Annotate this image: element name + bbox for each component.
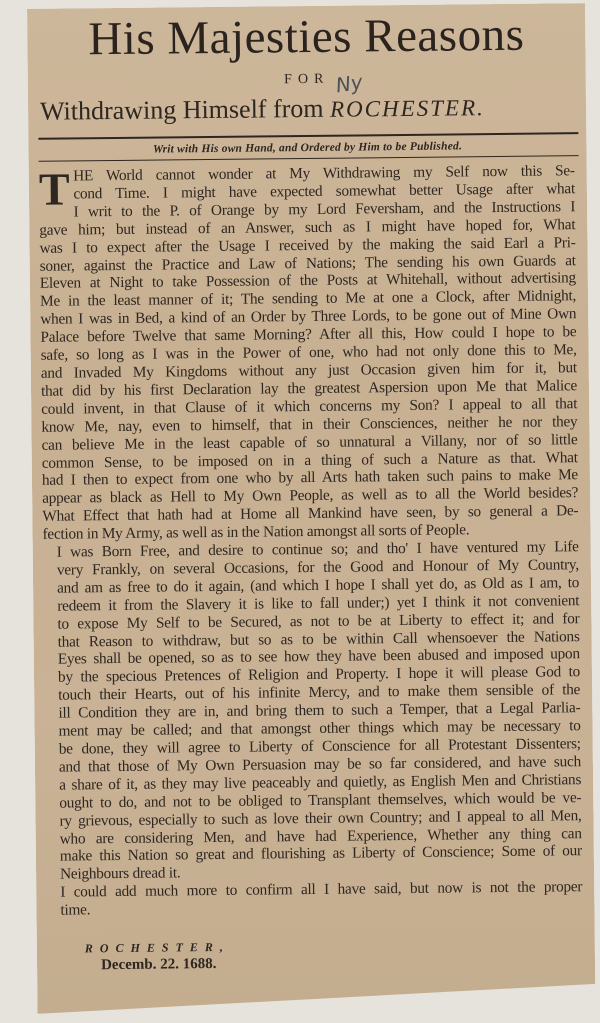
signoff: ROCHESTER, Decemb. 22. 1688. — [37, 936, 595, 975]
subtitle-place: ROCHESTER. — [330, 95, 485, 122]
broadside-page: His Majesties Reasons FOR Ny Withdrawing… — [27, 3, 595, 1014]
handwritten-annotation: Ny — [334, 70, 364, 98]
paragraph-1: T HE World cannot wonder at My Withdrawi… — [39, 162, 579, 544]
paragraph-2-lines: I was Born Free, and desire to continue … — [43, 538, 583, 884]
document-title: His Majesties Reasons — [27, 9, 585, 65]
paragraph-1-lines: HE World cannot wonder at My Withdrawing… — [39, 162, 579, 544]
document-body: T HE World cannot wonder at My Withdrawi… — [29, 156, 595, 920]
paragraph-3: I could add much more to confirm all I h… — [46, 878, 582, 919]
subtitle-prefix: Withdrawing Himself from — [40, 94, 324, 126]
for-label: FOR — [284, 72, 329, 87]
for-line: FOR Ny — [28, 69, 586, 93]
paragraph-3-lines: I could add much more to confirm all I h… — [46, 878, 582, 919]
paragraph-2: I was Born Free, and desire to continue … — [43, 538, 583, 884]
document-subtitle: Withdrawing Himself from ROCHESTER. — [28, 91, 586, 128]
drop-cap: T — [39, 171, 70, 207]
